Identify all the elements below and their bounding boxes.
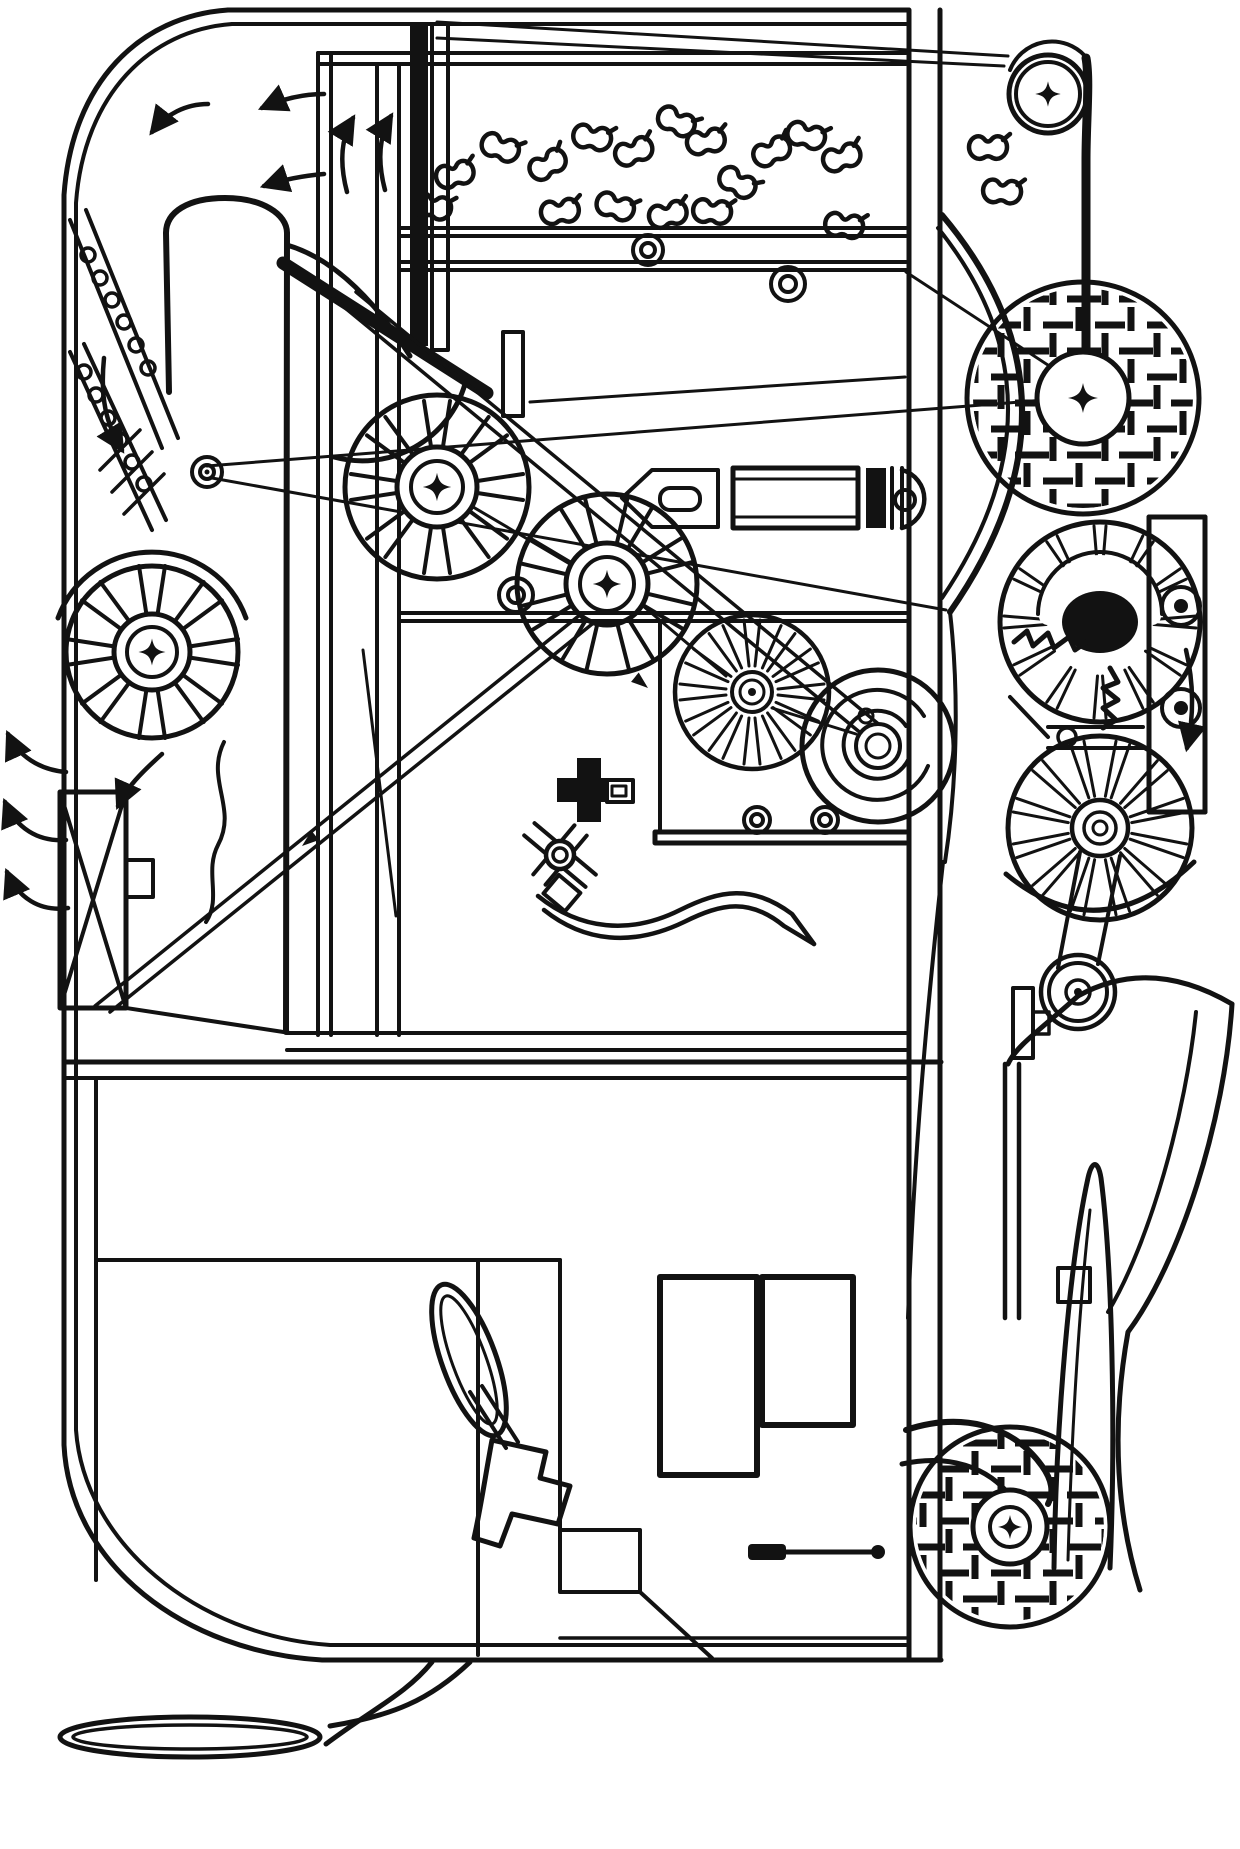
rail-roller	[812, 807, 838, 833]
fan-1	[334, 384, 529, 579]
exhaust-arrow	[5, 802, 66, 840]
idler-pulley-left	[192, 457, 222, 487]
cloth-flap	[206, 742, 225, 922]
flow-arrow	[118, 754, 162, 806]
steering-wheel	[416, 1276, 570, 1546]
frame-rails	[399, 613, 906, 843]
elevator-bar	[410, 24, 428, 346]
battery-box	[660, 1277, 757, 1475]
right-fan-upper	[1000, 522, 1200, 728]
exhaust-arrow	[8, 734, 66, 772]
frame-roller	[1162, 689, 1200, 727]
belt-arrowhead	[631, 673, 652, 693]
body-shell	[64, 10, 941, 1660]
drop-tube	[326, 1662, 470, 1744]
support-post	[909, 10, 940, 1660]
flow-arrow	[1186, 650, 1192, 748]
sieve-chute	[70, 210, 290, 1033]
machine-diagram: Cross-section diagram of a self-propelle…	[0, 0, 1240, 1849]
frame-roller	[1162, 587, 1200, 625]
flow-arrow	[152, 104, 208, 132]
patent-drawing-page: Cross-section diagram of a self-propelle…	[0, 0, 1240, 1849]
left-blower-fan	[58, 552, 246, 738]
flow-arrow	[264, 174, 324, 186]
intake-duct	[152, 94, 410, 1032]
ground-pad	[60, 1717, 320, 1757]
fan-3	[675, 615, 829, 769]
blower-impeller	[802, 670, 954, 822]
rail-roller	[744, 807, 770, 833]
exhaust-box	[5, 734, 225, 1008]
flow-arrow	[380, 116, 391, 190]
flow-arrow	[342, 118, 353, 192]
conveyor-roller	[771, 267, 805, 301]
pedal-bracket	[474, 1440, 570, 1546]
battery-box	[762, 1277, 853, 1425]
top-pulley	[1009, 41, 1087, 133]
caster-wheel	[902, 1422, 1110, 1627]
agitator-cross	[557, 758, 633, 822]
curved-lever	[538, 893, 814, 944]
link-rod	[748, 1544, 885, 1560]
fan-2	[517, 494, 697, 674]
leaves	[411, 101, 1025, 239]
flow-arrow	[262, 94, 324, 108]
